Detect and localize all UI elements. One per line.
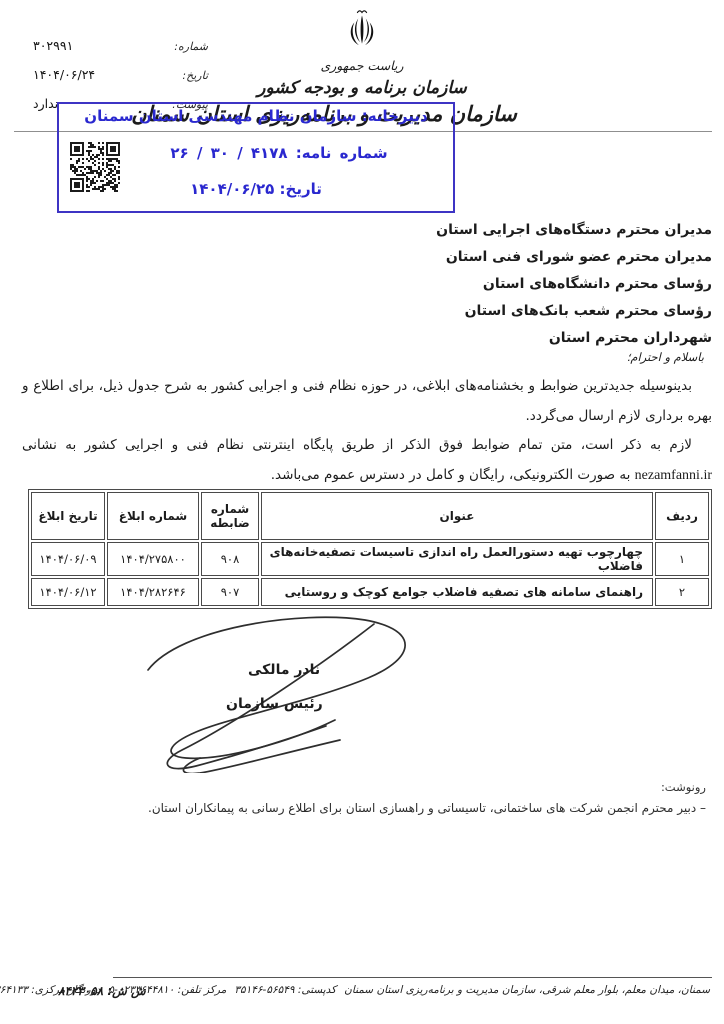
footer-divider	[113, 977, 712, 978]
regulations-table: ردیف عنوان شماره ضابطه شماره ابلاغ تاریخ…	[28, 489, 712, 609]
stamp-letter-number: شماره نامه: ۴۱۷۸ / ۳۰ / ۲۶	[119, 144, 439, 162]
cell-title: چهارچوب تهیه دستورالعمل راه اندازی تاسیس…	[261, 542, 653, 576]
letter-page: ریاست جمهوری سازمان برنامه و بودجه کشور …	[0, 0, 724, 1024]
header-row-number: ردیف	[655, 492, 709, 540]
table-row: ۱ چهارچوب تهیه دستورالعمل راه اندازی تاس…	[31, 542, 709, 576]
footer-postal-label: کدپستی:	[298, 984, 336, 996]
body-paragraph-2-tail: به صورت الکترونیکی، رایگان و کامل در دست…	[271, 467, 631, 483]
body-paragraph-2: لازم به ذکر است، متن تمام ضوابط فوق الذک…	[22, 431, 712, 490]
header-regulation-number: شماره ضابطه	[201, 492, 259, 540]
recipient-line: مدیران محترم دستگاه‌های اجرایی استان	[436, 217, 712, 244]
cell-regulation-number: ۹۰۸	[201, 542, 259, 576]
footer-registration-number: ش ش: ۸۴۲۳۰۵۸	[58, 984, 146, 998]
stamp-date-label: تاریخ:	[280, 180, 322, 198]
cc-item: – دبیر محترم انجمن شرکت های ساختمانی، تا…	[22, 801, 706, 815]
footer-postal-value: ۳۵۱۴۶-۵۶۵۴۹	[234, 984, 294, 996]
recipients-list: مدیران محترم دستگاه‌های اجرایی استان مدی…	[436, 217, 712, 352]
footer-sh-label: ش ش:	[107, 984, 145, 998]
signer-name: نادر مالکی	[248, 662, 320, 678]
header-notice-date: تاریخ ابلاغ	[31, 492, 105, 540]
regulations-table-wrap: ردیف عنوان شماره ضابطه شماره ابلاغ تاریخ…	[28, 489, 712, 609]
signature-block: نادر مالکی رئیس سازمان	[130, 608, 440, 773]
cell-notice-date: ۱۴۰۴/۰۶/۰۹	[31, 542, 105, 576]
stamp-date: تاریخ: ۱۴۰۴/۰۶/۲۵	[119, 180, 393, 198]
handwritten-signature	[130, 608, 440, 773]
cell-notice-number: ۱۴۰۴/۲۸۲۶۴۶	[107, 578, 199, 606]
iran-emblem-icon	[343, 6, 381, 52]
table-header-row: ردیف عنوان شماره ضابطه شماره ابلاغ تاریخ…	[31, 492, 709, 540]
body-paragraph-1: بدینوسیله جدیدترین ضوابط و بخشنامه‌های ا…	[22, 372, 712, 431]
footer-fax-value: ۳۳۳۶۴۱۳۳	[0, 984, 28, 996]
recipient-line: رؤسای محترم شعب بانک‌های استان	[436, 298, 712, 325]
table-row: ۲ راهنمای سامانه های تصفیه فاضلاب جوامع …	[31, 578, 709, 606]
stamp-letter-number-label: شماره نامه:	[296, 144, 388, 162]
body-paragraph-2-text: لازم به ذکر است، متن تمام ضوابط فوق الذک…	[22, 437, 692, 453]
recipient-line: مدیران محترم عضو شورای فنی استان	[436, 244, 712, 271]
cc-section: رونوشت: – دبیر محترم انجمن شرکت های ساخت…	[22, 780, 706, 815]
cell-title: راهنمای سامانه های تصفیه فاضلاب جوامع کو…	[261, 578, 653, 606]
letter-body: بدینوسیله جدیدترین ضوابط و بخشنامه‌های ا…	[22, 372, 712, 490]
greeting: باسلام و احترام؛	[627, 350, 704, 364]
header-notice-number: شماره ابلاغ	[107, 492, 199, 540]
cc-label: رونوشت:	[22, 780, 706, 794]
website-url: nezamfanni.ir	[635, 468, 712, 483]
national-org-title: سازمان برنامه و بودجه کشور	[0, 78, 724, 98]
footer-address: سمنان، میدان معلم، بلوار معلم شرقی، سازم…	[344, 984, 710, 996]
stamp-secretariat-line: دبیرخانه: سازمان نظام مهندسی استان سمنان	[63, 107, 449, 125]
signer-title: رئیس سازمان	[226, 696, 323, 712]
qr-code	[70, 142, 120, 192]
footer-phone-label: مرکز تلفن:	[178, 984, 227, 996]
cell-notice-date: ۱۴۰۴/۰۶/۱۲	[31, 578, 105, 606]
recipient-line: رؤسای محترم دانشگاه‌های استان	[436, 271, 712, 298]
presidency-title: ریاست جمهوری	[0, 58, 724, 73]
footer-contact-line: سمنان، میدان معلم، بلوار معلم شرقی، سازم…	[150, 984, 710, 996]
recipient-line: شهرداران محترم استان	[436, 325, 712, 352]
cell-row-number: ۲	[655, 578, 709, 606]
cell-notice-number: ۱۴۰۴/۲۷۵۸۰۰	[107, 542, 199, 576]
stamp-letter-number-value: ۴۱۷۸ / ۳۰ / ۲۶	[170, 144, 287, 162]
footer-sh-value: ۸۴۲۳۰۵۸	[58, 984, 103, 998]
header-title: عنوان	[261, 492, 653, 540]
cell-regulation-number: ۹۰۷	[201, 578, 259, 606]
cell-row-number: ۱	[655, 542, 709, 576]
footer-postal: کدپستی: ۳۵۱۴۶-۵۶۵۴۹	[234, 984, 336, 996]
secretariat-stamp: دبیرخانه: سازمان نظام مهندسی استان سمنان…	[57, 102, 455, 213]
stamp-date-value: ۱۴۰۴/۰۶/۲۵	[190, 180, 274, 198]
